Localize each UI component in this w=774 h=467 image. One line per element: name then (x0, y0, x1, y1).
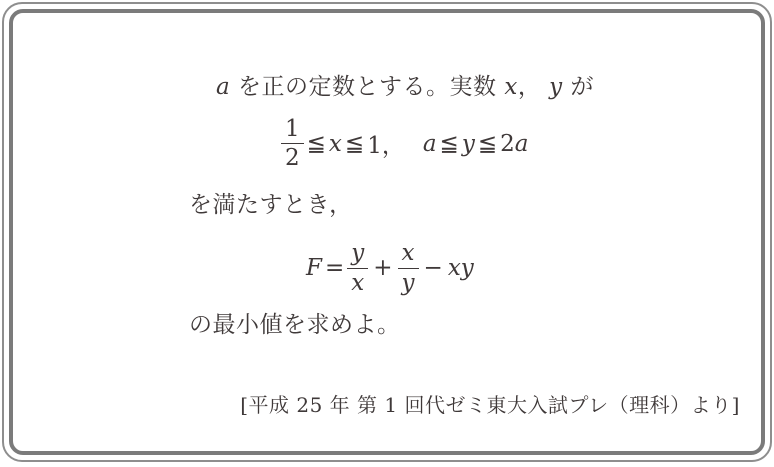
minus-sign: − (424, 255, 443, 281)
intro-sentence: a を正の定数とする。実数 x， y が (216, 74, 594, 100)
source-attribution: [平成 25 年 第 1 回代ゼミ東大入試プレ（理科）より] (240, 389, 740, 418)
fraction-y-over-x: yx (347, 241, 368, 294)
plus-sign: + (373, 255, 392, 281)
term-xy: xy (448, 255, 474, 281)
var-x: x (329, 131, 342, 157)
var-x: x (504, 74, 517, 100)
fraction-x-over-y: xy (398, 241, 419, 294)
leq-symbol: ≦ (440, 131, 459, 157)
problem-page: a を正の定数とする。実数 x， y が 12≦x≦1，a≦y≦2a を満たすと… (0, 0, 774, 467)
constraint-equation: 12≦x≦1，a≦y≦2a (281, 115, 528, 172)
intro-comma: ， (518, 74, 549, 100)
var-F: F (306, 255, 322, 281)
numerator: 1 (281, 117, 304, 143)
coefficient-2: 2 (500, 131, 515, 157)
objective-formula: F=yx+xy−xy (306, 240, 474, 296)
numerator: y (347, 241, 368, 267)
one-comma: 1， (367, 127, 405, 160)
denominator: 2 (281, 143, 304, 170)
fraction-one-half: 12 (281, 117, 304, 170)
equals-sign: = (325, 255, 344, 281)
denominator: y (398, 268, 419, 295)
var-a: a (423, 131, 437, 157)
leq-symbol: ≦ (478, 131, 497, 157)
outro-sentence: の最小値を求めよ。 (189, 312, 401, 338)
intro-text-1: を正の定数とする。実数 (230, 74, 504, 100)
numerator: x (398, 241, 419, 267)
intro-text-2: が (563, 74, 594, 100)
var-a: a (515, 131, 529, 157)
leq-symbol: ≦ (307, 131, 326, 157)
var-a: a (216, 74, 230, 100)
mid-sentence: を満たすとき， (189, 192, 353, 218)
var-y: y (462, 131, 475, 157)
denominator: x (347, 268, 368, 295)
var-y: y (549, 74, 563, 100)
leq-symbol: ≦ (345, 131, 364, 157)
